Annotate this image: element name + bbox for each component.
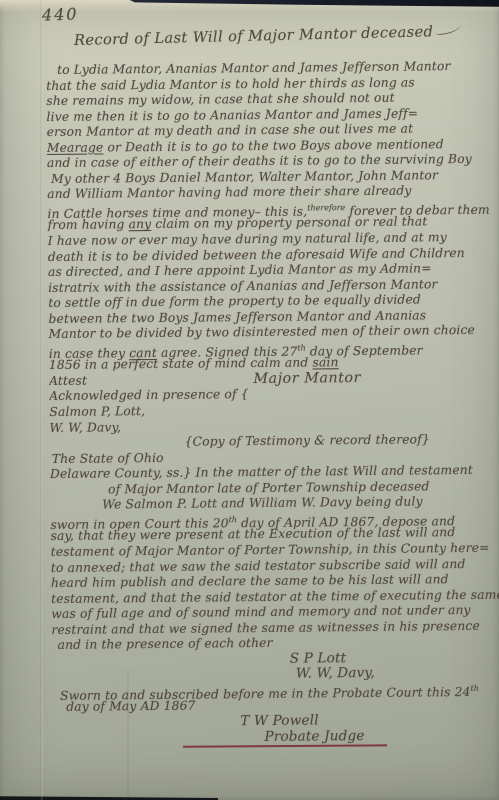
manuscript-body: to Lydia Mantor, Ananias Mantor and Jame… [46, 59, 499, 753]
manuscript-line-text: 1856 in a perfect state of mind calm and… [49, 356, 339, 373]
manuscript-line-text: Attest [49, 374, 87, 388]
manuscript-line-text: T W Powell [240, 712, 318, 729]
ledger-page: 440 Record of Last Will of Major Mantor … [0, 0, 499, 800]
manuscript-line-text: to settle off in due form the property t… [48, 293, 421, 311]
manuscript-line-text: that the said Lydia Mantor is to hold he… [46, 75, 415, 93]
page-fold-crease [40, 0, 43, 800]
page-title: Record of Last Will of Major Mantor dece… [74, 23, 462, 49]
manuscript-line-text: Acknowledged in presence of { [49, 388, 249, 404]
manuscript-line-text: Salmon P, Lott, [49, 404, 145, 419]
manuscript-line: Probate Judge [52, 727, 499, 747]
manuscript-line-text: to Lydia Mantor, Ananias Mantor and Jame… [57, 59, 451, 77]
manuscript-line-text: erson Mantor at my death and in case she… [47, 122, 414, 140]
title-flourish [435, 22, 462, 36]
manuscript-line-text: restraint and that we signed the same as… [51, 619, 480, 637]
manuscript-line-text: W. W, Davy, [49, 420, 121, 435]
manuscript-line-text: {Copy of Testimony & record thereof} [185, 432, 430, 448]
manuscript-line-text: W. W, Davy, [296, 665, 375, 682]
page-number: 440 [42, 4, 79, 24]
manuscript-line-text: of Major Mantor late of Porter Township … [108, 479, 430, 496]
manuscript-line-text: as directed, and I here appoint Lydia Ma… [48, 261, 432, 279]
book-binding-edge-bottom [0, 795, 218, 800]
page-title-text: Record of Last Will of Major Mantor dece… [74, 23, 434, 49]
manuscript-line: Sworn to and subscribed before me in the… [52, 681, 499, 701]
manuscript-line-text: from having any claim on my property per… [47, 215, 427, 233]
manuscript-line-text: and in the presence of each other [58, 636, 273, 652]
testator-signature: Major Mantor [253, 371, 361, 388]
manuscript-line-text: and William Mantor having had more their… [47, 184, 411, 201]
manuscript-line-text: Probate Judge [264, 727, 364, 744]
manuscript-line-text: she remains my widow, in case that she s… [46, 91, 394, 108]
manuscript-line-text: S P Lott [290, 650, 347, 667]
manuscript-line-text: day of May AD 1867 [66, 699, 195, 714]
manuscript-line-text: We Salmon P. Lott and William W. Davy be… [102, 495, 423, 512]
manuscript-line-text: The State of Ohio [52, 451, 164, 466]
